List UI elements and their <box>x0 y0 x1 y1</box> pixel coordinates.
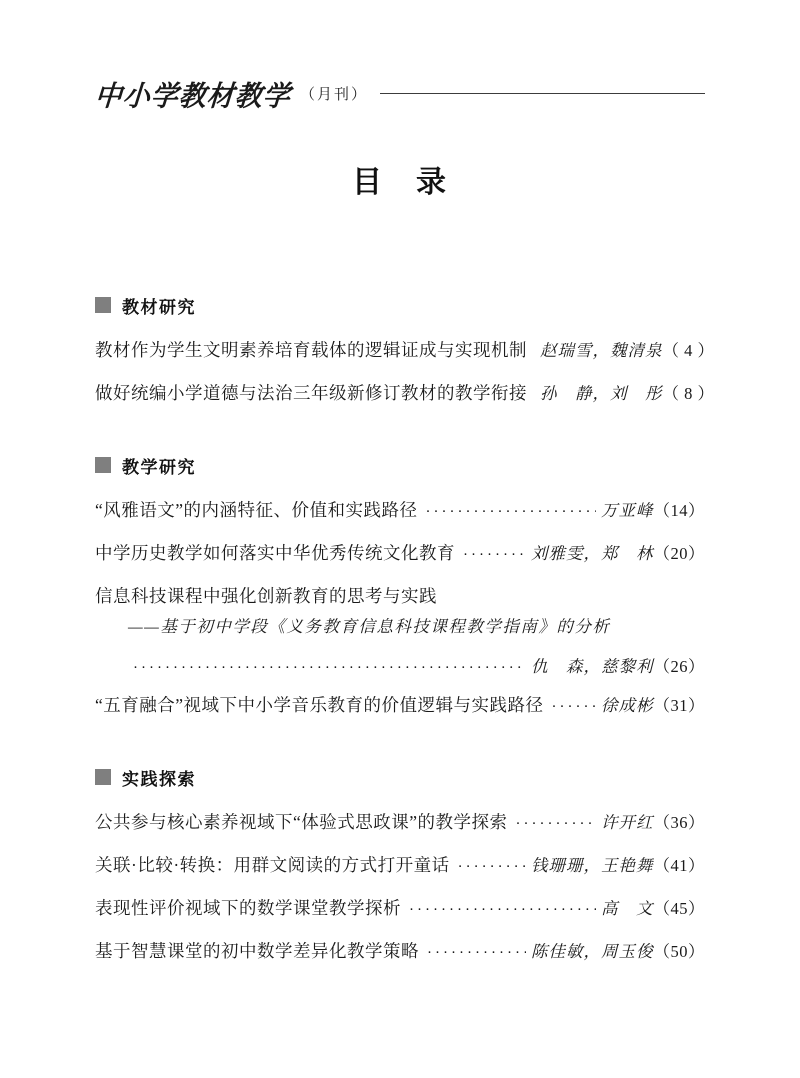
dot-leader: ········································… <box>426 504 596 521</box>
entry-page-number: （50） <box>654 938 706 962</box>
entry-title: “风雅语文”的内涵特征、价值和实践路径 <box>95 497 418 522</box>
entry-title: 表现性评价视域下的数学课堂教学探析 <box>95 895 401 920</box>
entry-authors: 高 文 <box>601 895 654 919</box>
entry-subtitle: ——基于初中学段《义务教育信息科技课程教学指南》的分析 <box>128 613 705 635</box>
entry-title: 教材作为学生文明素养培育载体的逻辑证成与实现机制 <box>95 337 527 362</box>
section-marker-icon <box>95 297 111 313</box>
entry-title: 信息科技课程中强化创新教育的思考与实践 <box>95 583 705 605</box>
toc-entry: 关联·比较·转换：用群文阅读的方式打开童话···················… <box>95 852 705 874</box>
masthead-rule <box>380 93 705 94</box>
entry-page-number: （36） <box>654 809 706 833</box>
entry-page-number: （41） <box>654 852 706 876</box>
toc-entry: “风雅语文”的内涵特征、价值和实践路径·····················… <box>95 497 705 519</box>
entry-title: 关联·比较·转换：用群文阅读的方式打开童话 <box>95 852 450 877</box>
entry-title: 中学历史教学如何落实中华优秀传统文化教育 <box>95 540 455 565</box>
entry-authors: 钱珊珊，王艳舞 <box>531 852 654 876</box>
section-marker-icon <box>95 769 111 785</box>
section-label: 实践探索 <box>122 765 196 790</box>
dot-leader: ········································… <box>427 945 526 962</box>
toc-entry: “五育融合”视域下中小学音乐教育的价值逻辑与实践路径··············… <box>95 692 705 714</box>
toc-section-1: 教材研究教材作为学生文明素养培育载体的逻辑证成与实现机制············… <box>95 296 705 402</box>
toc-entry: 信息科技课程中强化创新教育的思考与实践——基于初中学段《义务教育信息科技课程教学… <box>95 583 705 675</box>
entry-page-number: （ 8 ） <box>663 380 715 404</box>
section-label: 教材研究 <box>122 293 196 318</box>
entry-authors: 陈佳敏，周玉俊 <box>531 938 654 962</box>
section-marker-icon <box>95 457 111 473</box>
entry-title: 做好统编小学道德与法治三年级新修订教材的教学衔接 <box>95 380 527 405</box>
entry-page-number: （14） <box>654 497 706 521</box>
entry-page-number: （ 4 ） <box>663 337 715 361</box>
toc-entry: 做好统编小学道德与法治三年级新修订教材的教学衔接················… <box>95 380 705 402</box>
dot-leader: ········································… <box>133 660 526 677</box>
journal-frequency-label: （月刊） <box>300 83 368 104</box>
toc-entry: 基于智慧课堂的初中数学差异化教学策略······················… <box>95 938 705 960</box>
journal-masthead: 中小学教材教学 （月刊） <box>95 74 705 113</box>
entry-authors: 赵瑞雪，魏清泉 <box>540 337 663 361</box>
section-label: 教学研究 <box>122 453 196 478</box>
journal-brand-logo: 中小学教材教学 <box>94 73 293 114</box>
section-header: 教学研究 <box>95 456 705 474</box>
dot-leader: ········································… <box>516 816 596 833</box>
entry-page-number: （31） <box>654 692 706 716</box>
entry-leader-line: ········································… <box>95 653 705 675</box>
page-title: 目 录 <box>95 157 705 201</box>
dot-leader: ········································… <box>463 547 526 564</box>
entry-title: 基于智慧课堂的初中数学差异化教学策略 <box>95 938 419 963</box>
entry-page-number: （45） <box>654 895 706 919</box>
toc-section-2: 教学研究“风雅语文”的内涵特征、价值和实践路径·················… <box>95 456 705 714</box>
toc-sections: 教材研究教材作为学生文明素养培育载体的逻辑证成与实现机制············… <box>95 296 705 960</box>
entry-authors: 万亚峰 <box>601 497 654 521</box>
entry-authors: 徐成彬 <box>601 692 654 716</box>
journal-toc-page: 中小学教材教学 （月刊） 目 录 教材研究教材作为学生文明素养培育载体的逻辑证成… <box>0 0 800 1078</box>
section-header: 教材研究 <box>95 296 705 314</box>
section-header: 实践探索 <box>95 768 705 786</box>
entry-page-number: （26） <box>654 653 706 677</box>
entry-title: “五育融合”视域下中小学音乐教育的价值逻辑与实践路径 <box>95 692 544 717</box>
toc-entry: 公共参与核心素养视域下“体验式思政课”的教学探索················… <box>95 809 705 831</box>
entry-authors: 仇 森，慈黎利 <box>531 653 654 677</box>
toc-entry: 表现性评价视域下的数学课堂教学探析·······················… <box>95 895 705 917</box>
dot-leader: ········································… <box>409 902 596 919</box>
entry-title: 公共参与核心素养视域下“体验式思政课”的教学探索 <box>95 809 508 834</box>
toc-section-3: 实践探索公共参与核心素养视域下“体验式思政课”的教学探索············… <box>95 768 705 960</box>
dot-leader: ········································… <box>458 859 526 876</box>
entry-authors: 许开红 <box>601 809 654 833</box>
toc-entry: 教材作为学生文明素养培育载体的逻辑证成与实现机制················… <box>95 337 705 359</box>
entry-page-number: （20） <box>654 540 706 564</box>
entry-authors: 孙 静，刘 彤 <box>540 380 663 404</box>
dot-leader: ········································… <box>552 699 596 716</box>
entry-authors: 刘雅雯，郑 林 <box>531 540 654 564</box>
toc-entry: 中学历史教学如何落实中华优秀传统文化教育····················… <box>95 540 705 562</box>
